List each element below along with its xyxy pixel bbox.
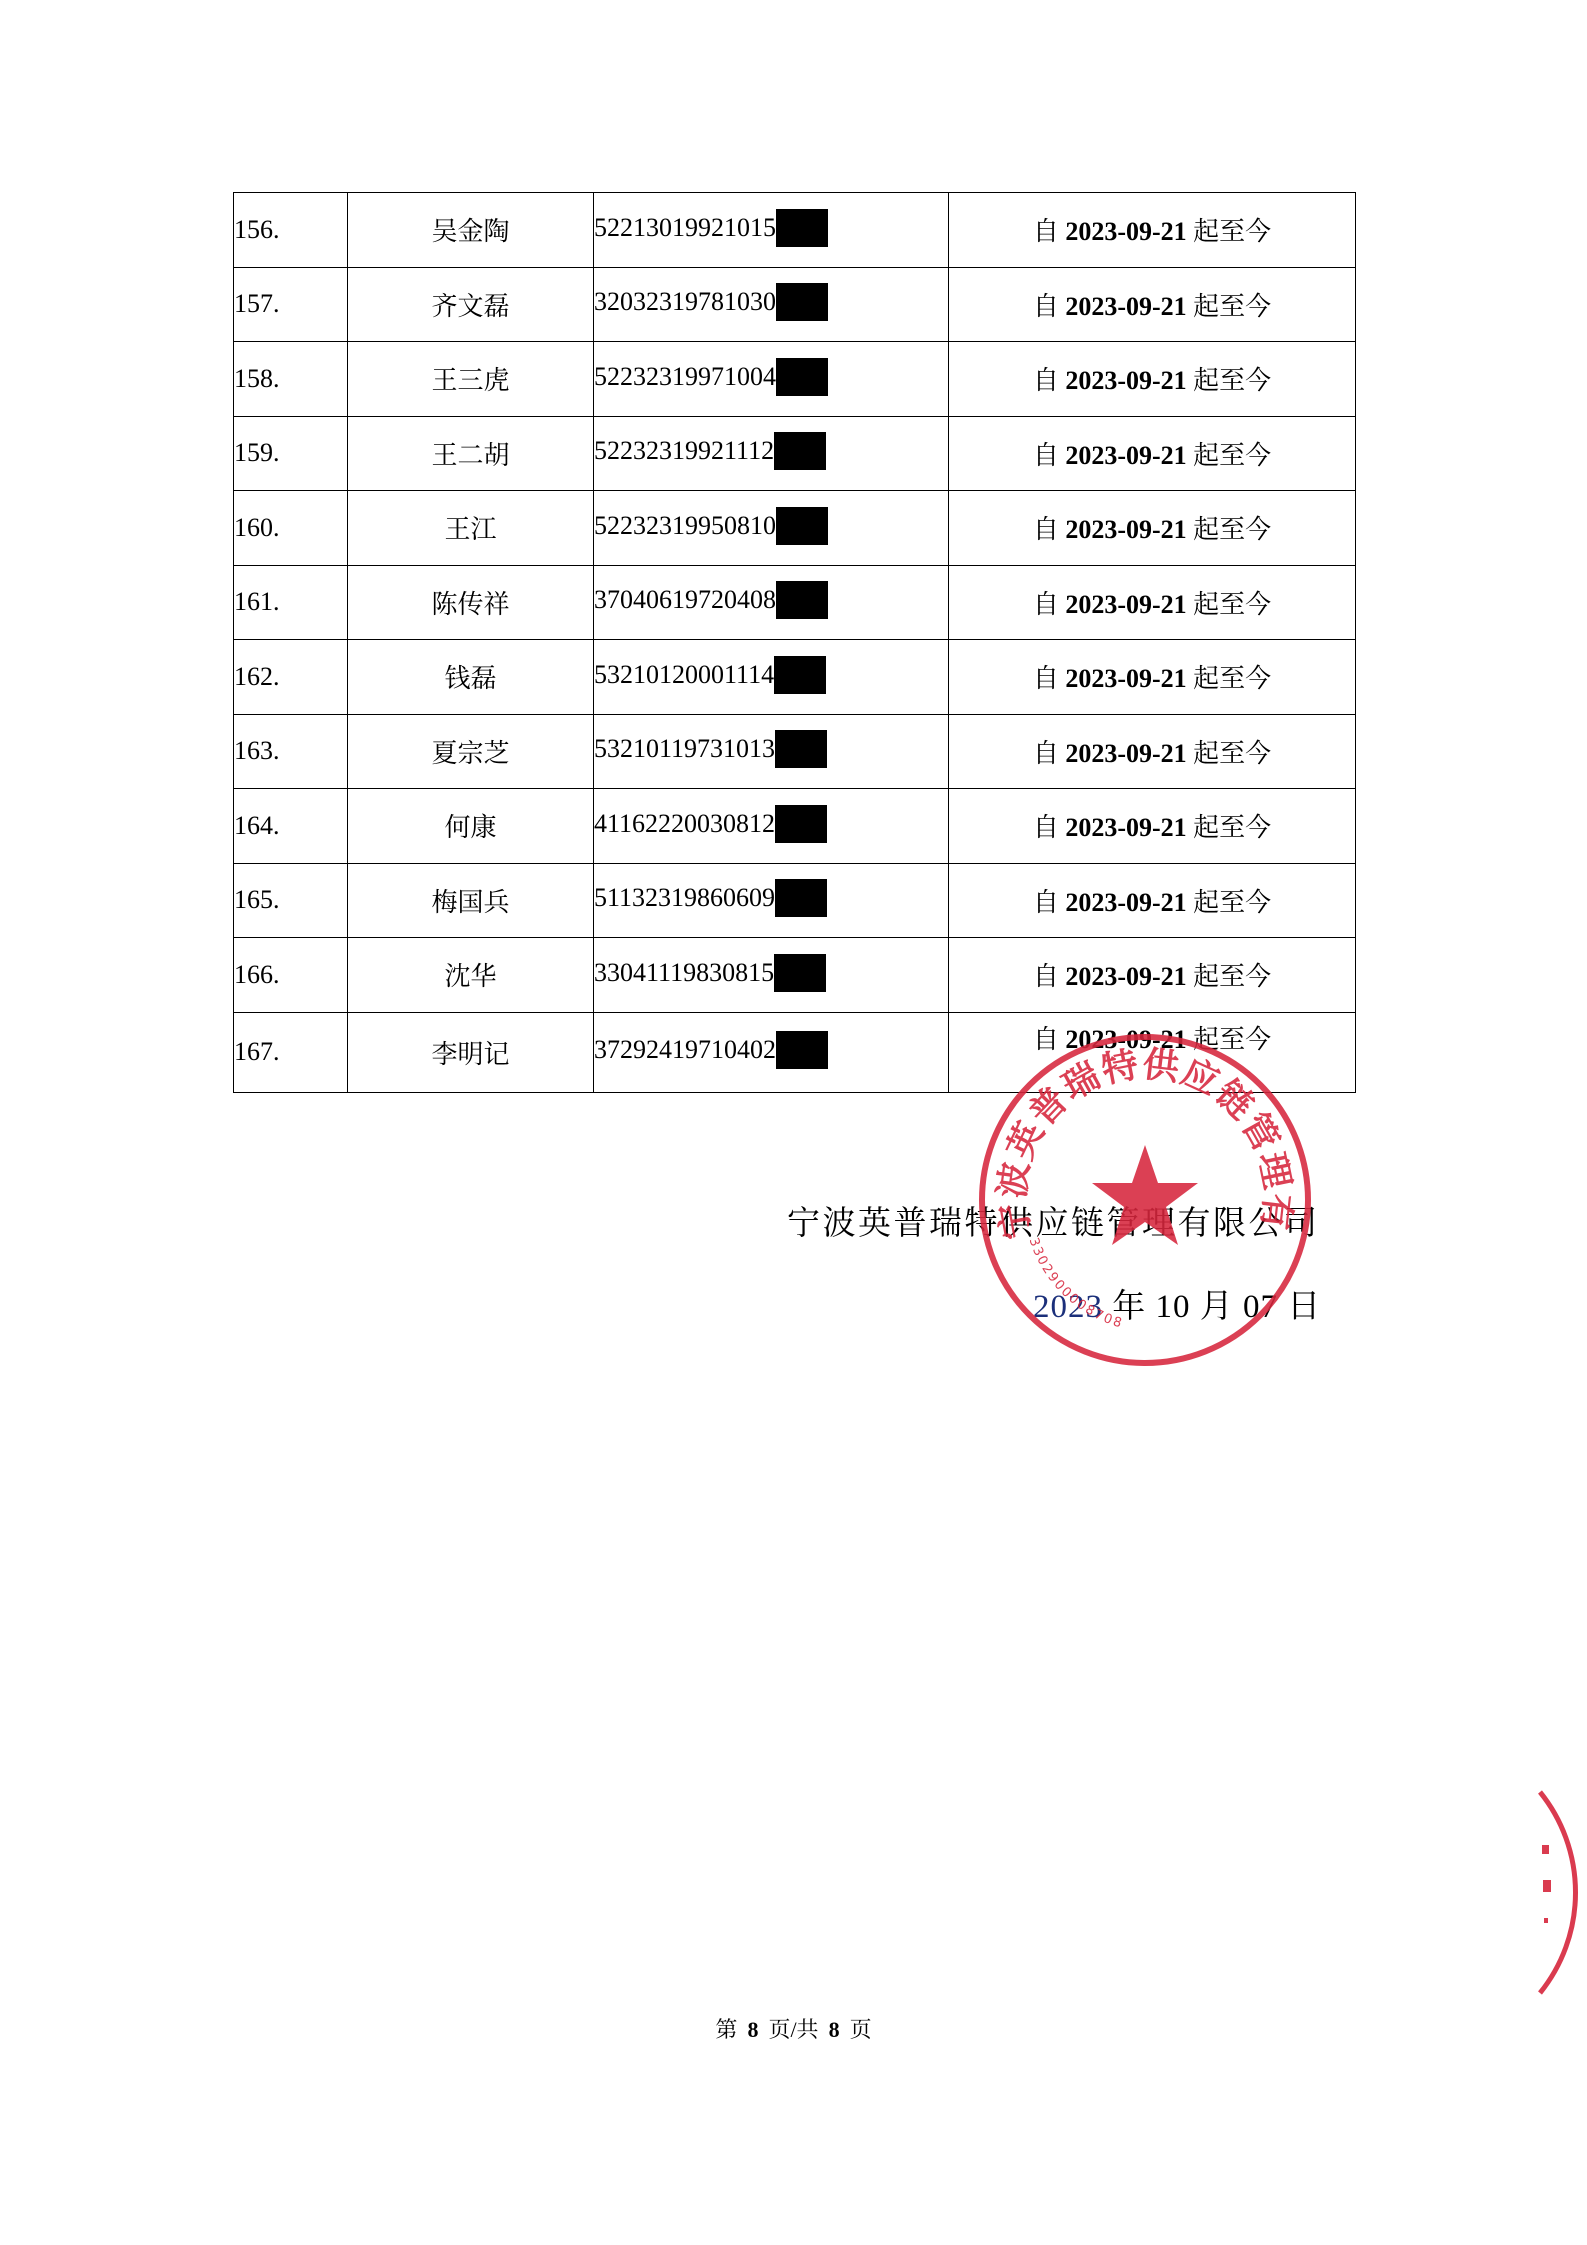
page-footer: 第8页/共8页 <box>0 2013 1587 2044</box>
employee-name: 齐文磊 <box>348 267 594 342</box>
since-suffix: 起至今 <box>1193 441 1271 470</box>
since-date: 2023-09-21 <box>1065 366 1186 395</box>
row-number: 157. <box>234 267 348 342</box>
since-suffix: 起至今 <box>1193 813 1271 842</box>
id-number-visible: 41162220030812 <box>594 809 775 838</box>
since-suffix: 起至今 <box>1193 1025 1271 1054</box>
table-row: 167.李明记37292419710402自 2023-09-21 起至今 <box>234 1012 1356 1093</box>
redaction-block <box>774 954 826 992</box>
employment-since: 自 2023-09-21 起至今 <box>949 1012 1356 1093</box>
row-number: 162. <box>234 640 348 715</box>
since-suffix: 起至今 <box>1193 739 1271 768</box>
row-number: 167. <box>234 1012 348 1093</box>
employment-since: 自 2023-09-21 起至今 <box>949 789 1356 864</box>
table-row: 166.沈华33041119830815自 2023-09-21 起至今 <box>234 938 1356 1013</box>
row-number: 159. <box>234 416 348 491</box>
id-number: 32032319781030 <box>594 267 949 342</box>
row-number: 156. <box>234 193 348 268</box>
employee-name: 王江 <box>348 491 594 566</box>
since-date: 2023-09-21 <box>1065 441 1186 470</box>
id-number-visible: 52232319921112 <box>594 436 774 465</box>
since-date: 2023-09-21 <box>1065 515 1186 544</box>
employee-name: 李明记 <box>348 1012 594 1093</box>
since-date: 2023-09-21 <box>1065 590 1186 619</box>
employee-name: 王三虎 <box>348 342 594 417</box>
since-prefix: 自 <box>1033 366 1059 395</box>
total-pages: 8 <box>829 2017 840 2042</box>
employee-name: 钱磊 <box>348 640 594 715</box>
employment-since: 自 2023-09-21 起至今 <box>949 640 1356 715</box>
current-page: 8 <box>747 2017 758 2042</box>
since-prefix: 自 <box>1033 813 1059 842</box>
row-number: 161. <box>234 565 348 640</box>
employee-name: 沈华 <box>348 938 594 1013</box>
row-number: 165. <box>234 863 348 938</box>
since-prefix: 自 <box>1033 590 1059 619</box>
redaction-block <box>776 507 828 545</box>
table-row: 161.陈传祥37040619720408自 2023-09-21 起至今 <box>234 565 1356 640</box>
table-row: 165.梅国兵51132319860609自 2023-09-21 起至今 <box>234 863 1356 938</box>
redaction-block <box>776 581 828 619</box>
employment-since: 自 2023-09-21 起至今 <box>949 267 1356 342</box>
since-prefix: 自 <box>1033 664 1059 693</box>
table-row: 163.夏宗芝53210119731013自 2023-09-21 起至今 <box>234 714 1356 789</box>
id-number-visible: 33041119830815 <box>594 958 774 987</box>
company-name: 宁波英普瑞特供应链管理有限公司 <box>787 1197 1320 1244</box>
signature-date-rest: 年 10 月 07 日 <box>1103 1289 1321 1325</box>
since-prefix: 自 <box>1033 441 1059 470</box>
employment-since: 自 2023-09-21 起至今 <box>949 491 1356 566</box>
redaction-block <box>774 432 826 470</box>
id-number-visible: 37292419710402 <box>594 1035 776 1064</box>
table-row: 158.王三虎52232319971004自 2023-09-21 起至今 <box>234 342 1356 417</box>
id-number: 37292419710402 <box>594 1012 949 1093</box>
employment-since: 自 2023-09-21 起至今 <box>949 938 1356 1013</box>
employee-name: 梅国兵 <box>348 863 594 938</box>
id-number: 53210120001114 <box>594 640 949 715</box>
id-number-visible: 52213019921015 <box>594 213 776 242</box>
redaction-block <box>776 358 828 396</box>
employment-since: 自 2023-09-21 起至今 <box>949 416 1356 491</box>
since-suffix: 起至今 <box>1193 590 1271 619</box>
table-row: 164.何康41162220030812自 2023-09-21 起至今 <box>234 789 1356 864</box>
row-number: 158. <box>234 342 348 417</box>
id-number-visible: 53210119731013 <box>594 734 775 763</box>
footer-middle: 页/共 <box>768 2017 818 2042</box>
redaction-block <box>776 283 828 321</box>
since-suffix: 起至今 <box>1193 217 1271 246</box>
since-date: 2023-09-21 <box>1065 888 1186 917</box>
since-date: 2023-09-21 <box>1065 292 1186 321</box>
since-date: 2023-09-21 <box>1065 1025 1186 1054</box>
redaction-block <box>775 879 827 917</box>
employee-name: 吴金陶 <box>348 193 594 268</box>
signature-year: 2023 <box>1033 1289 1103 1325</box>
id-number: 52232319950810 <box>594 491 949 566</box>
redaction-block <box>775 730 827 768</box>
id-number: 52232319921112 <box>594 416 949 491</box>
id-number-visible: 32032319781030 <box>594 287 776 316</box>
employee-name: 陈传祥 <box>348 565 594 640</box>
employment-since: 自 2023-09-21 起至今 <box>949 565 1356 640</box>
since-date: 2023-09-21 <box>1065 664 1186 693</box>
since-suffix: 起至今 <box>1193 366 1271 395</box>
id-number-visible: 53210120001114 <box>594 660 774 689</box>
since-prefix: 自 <box>1033 888 1059 917</box>
id-number-visible: 37040619720408 <box>594 585 776 614</box>
row-number: 160. <box>234 491 348 566</box>
row-number: 164. <box>234 789 348 864</box>
id-number: 37040619720408 <box>594 565 949 640</box>
employment-since: 自 2023-09-21 起至今 <box>949 193 1356 268</box>
since-suffix: 起至今 <box>1193 292 1271 321</box>
document-page: 156.吴金陶52213019921015自 2023-09-21 起至今157… <box>0 0 1587 2245</box>
since-suffix: 起至今 <box>1193 664 1271 693</box>
table-row: 157.齐文磊32032319781030自 2023-09-21 起至今 <box>234 267 1356 342</box>
id-number: 53210119731013 <box>594 714 949 789</box>
since-prefix: 自 <box>1033 292 1059 321</box>
employee-name: 王二胡 <box>348 416 594 491</box>
redaction-block <box>776 209 828 247</box>
footer-prefix: 第 <box>715 2017 737 2042</box>
since-date: 2023-09-21 <box>1065 217 1186 246</box>
redaction-block <box>775 805 827 843</box>
since-date: 2023-09-21 <box>1065 813 1186 842</box>
row-number: 166. <box>234 938 348 1013</box>
table-row: 156.吴金陶52213019921015自 2023-09-21 起至今 <box>234 193 1356 268</box>
employment-since: 自 2023-09-21 起至今 <box>949 863 1356 938</box>
employee-name: 何康 <box>348 789 594 864</box>
table-row: 160.王江52232319950810自 2023-09-21 起至今 <box>234 491 1356 566</box>
since-prefix: 自 <box>1033 1025 1059 1054</box>
footer-suffix: 页 <box>850 2017 872 2042</box>
id-number-visible: 52232319950810 <box>594 511 776 540</box>
since-suffix: 起至今 <box>1193 888 1271 917</box>
since-prefix: 自 <box>1033 739 1059 768</box>
employment-since: 自 2023-09-21 起至今 <box>949 342 1356 417</box>
table-row: 159.王二胡52232319921112自 2023-09-21 起至今 <box>234 416 1356 491</box>
seam-seal-icon <box>1538 1790 1587 1995</box>
employee-table: 156.吴金陶52213019921015自 2023-09-21 起至今157… <box>233 192 1356 1093</box>
id-number: 41162220030812 <box>594 789 949 864</box>
since-prefix: 自 <box>1033 515 1059 544</box>
id-number: 33041119830815 <box>594 938 949 1013</box>
since-suffix: 起至今 <box>1193 515 1271 544</box>
since-date: 2023-09-21 <box>1065 739 1186 768</box>
employment-since: 自 2023-09-21 起至今 <box>949 714 1356 789</box>
since-prefix: 自 <box>1033 217 1059 246</box>
since-prefix: 自 <box>1033 962 1059 991</box>
row-number: 163. <box>234 714 348 789</box>
table-row: 162.钱磊53210120001114自 2023-09-21 起至今 <box>234 640 1356 715</box>
employee-name: 夏宗芝 <box>348 714 594 789</box>
id-number-visible: 52232319971004 <box>594 362 776 391</box>
since-date: 2023-09-21 <box>1065 962 1186 991</box>
id-number: 52232319971004 <box>594 342 949 417</box>
redaction-block <box>776 1031 828 1069</box>
id-number: 51132319860609 <box>594 863 949 938</box>
id-number-visible: 51132319860609 <box>594 883 775 912</box>
id-number: 52213019921015 <box>594 193 949 268</box>
redaction-block <box>774 656 826 694</box>
since-suffix: 起至今 <box>1193 962 1271 991</box>
signature-date: 2023 年 10 月 07 日 <box>1033 1280 1321 1327</box>
